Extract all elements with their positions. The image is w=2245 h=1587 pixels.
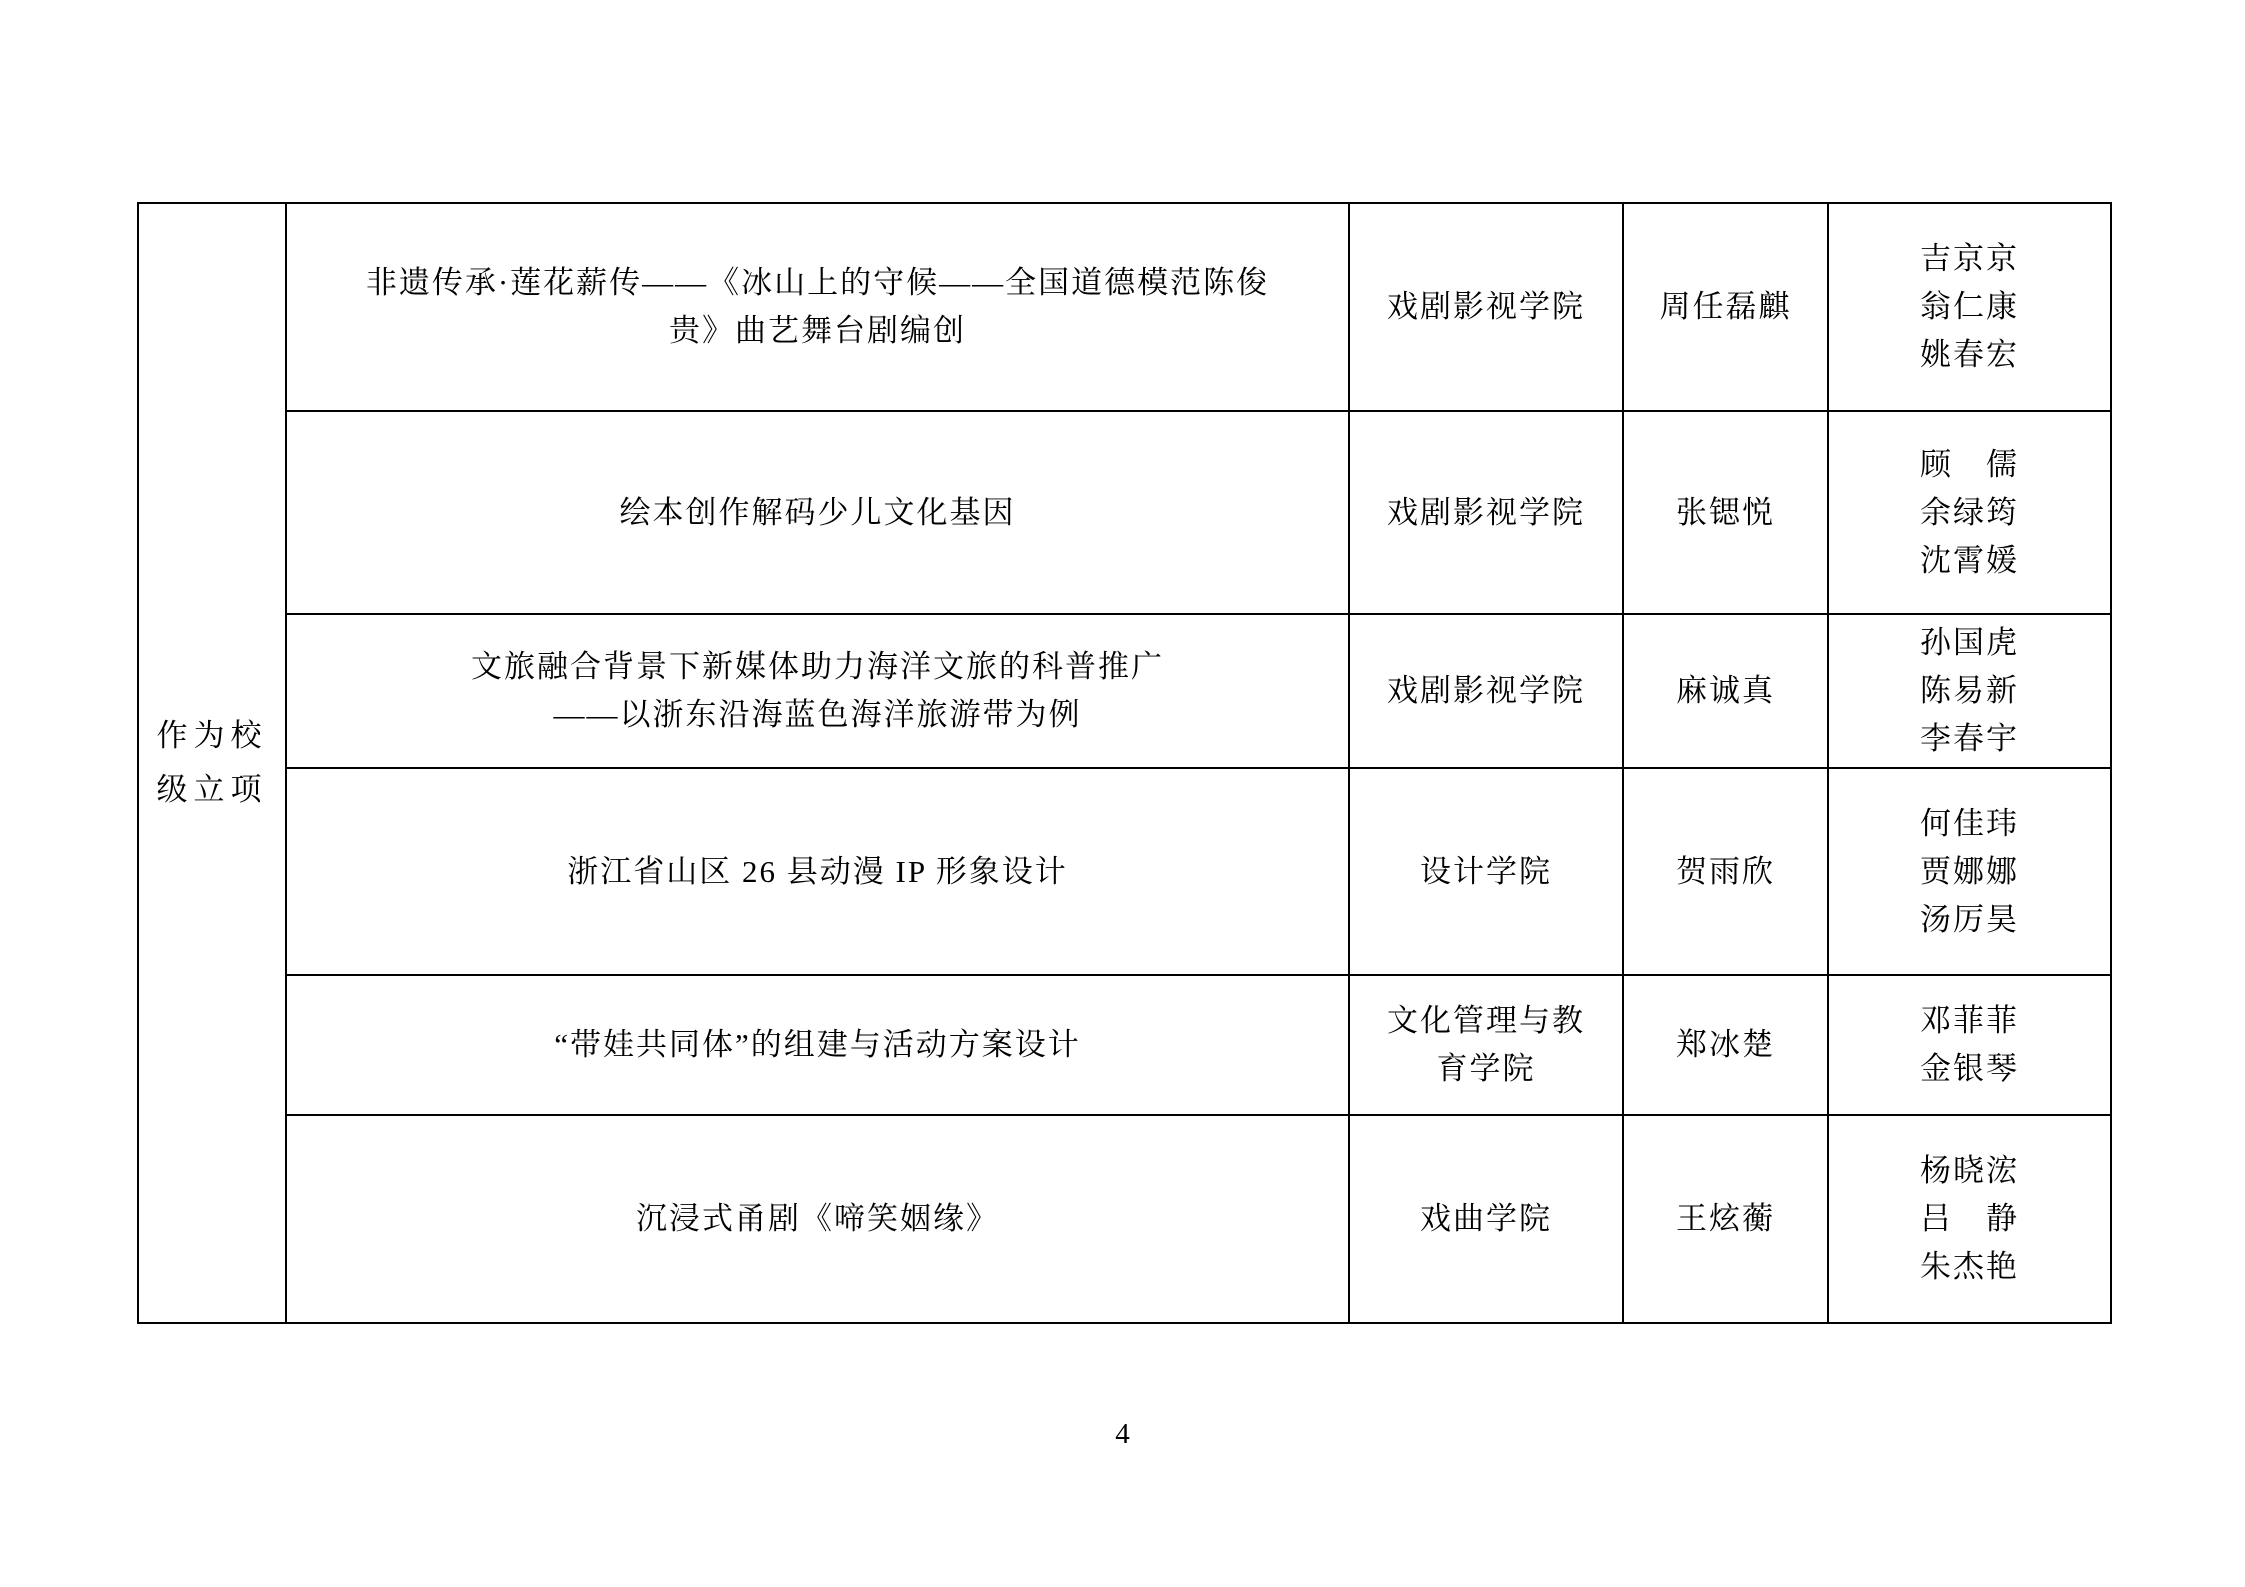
members-cell: 邓菲菲 金银琴 [1828, 975, 2111, 1115]
members-cell: 杨晓浤 吕 静 朱杰艳 [1828, 1115, 2111, 1323]
members-cell: 孙国虎 陈易新 李春宇 [1828, 614, 2111, 768]
table-row: “带娃共同体”的组建与活动方案设计 文化管理与教 育学院 郑冰楚 邓菲菲 金银琴 [138, 975, 2111, 1115]
college-cell: 戏曲学院 [1349, 1115, 1623, 1323]
college-cell: 文化管理与教 育学院 [1349, 975, 1623, 1115]
project-title-cell: 文旅融合背景下新媒体助力海洋文旅的科普推广 ——以浙东沿海蓝色海洋旅游带为例 [286, 614, 1349, 768]
project-title-cell: 沉浸式甬剧《啼笑姻缘》 [286, 1115, 1349, 1323]
table-row: 作为校 级立项非遗传承·莲花薪传——《冰山上的守候——全国道德模范陈俊 贵》曲艺… [138, 203, 2111, 411]
leader-cell: 王炫蘅 [1623, 1115, 1828, 1323]
leader-cell: 麻诚真 [1623, 614, 1828, 768]
projects-table: 作为校 级立项非遗传承·莲花薪传——《冰山上的守候——全国道德模范陈俊 贵》曲艺… [137, 202, 2112, 1324]
leader-cell: 张锶悦 [1623, 411, 1828, 614]
project-title-cell: 浙江省山区 26 县动漫 IP 形象设计 [286, 768, 1349, 975]
college-cell: 戏剧影视学院 [1349, 203, 1623, 411]
college-cell: 戏剧影视学院 [1349, 411, 1623, 614]
table-row: 沉浸式甬剧《啼笑姻缘》 戏曲学院 王炫蘅 杨晓浤 吕 静 朱杰艳 [138, 1115, 2111, 1323]
project-title-cell: “带娃共同体”的组建与活动方案设计 [286, 975, 1349, 1115]
members-cell: 吉京京 翁仁康 姚春宏 [1828, 203, 2111, 411]
document-page: 作为校 级立项非遗传承·莲花薪传——《冰山上的守候——全国道德模范陈俊 贵》曲艺… [0, 0, 2245, 1587]
project-title-cell: 绘本创作解码少儿文化基因 [286, 411, 1349, 614]
college-cell: 戏剧影视学院 [1349, 614, 1623, 768]
members-cell: 顾 儒 余绿筠 沈霄媛 [1828, 411, 2111, 614]
category-cell: 作为校 级立项 [138, 203, 286, 1323]
page-number: 4 [0, 1418, 2245, 1451]
college-cell: 设计学院 [1349, 768, 1623, 975]
members-cell: 何佳玮 贾娜娜 汤厉昊 [1828, 768, 2111, 975]
table-row: 文旅融合背景下新媒体助力海洋文旅的科普推广 ——以浙东沿海蓝色海洋旅游带为例 戏… [138, 614, 2111, 768]
table-row: 浙江省山区 26 县动漫 IP 形象设计 设计学院 贺雨欣 何佳玮 贾娜娜 汤厉… [138, 768, 2111, 975]
leader-cell: 贺雨欣 [1623, 768, 1828, 975]
leader-cell: 郑冰楚 [1623, 975, 1828, 1115]
table-row: 绘本创作解码少儿文化基因 戏剧影视学院 张锶悦 顾 儒 余绿筠 沈霄媛 [138, 411, 2111, 614]
project-title-cell: 非遗传承·莲花薪传——《冰山上的守候——全国道德模范陈俊 贵》曲艺舞台剧编创 [286, 203, 1349, 411]
leader-cell: 周任磊麒 [1623, 203, 1828, 411]
